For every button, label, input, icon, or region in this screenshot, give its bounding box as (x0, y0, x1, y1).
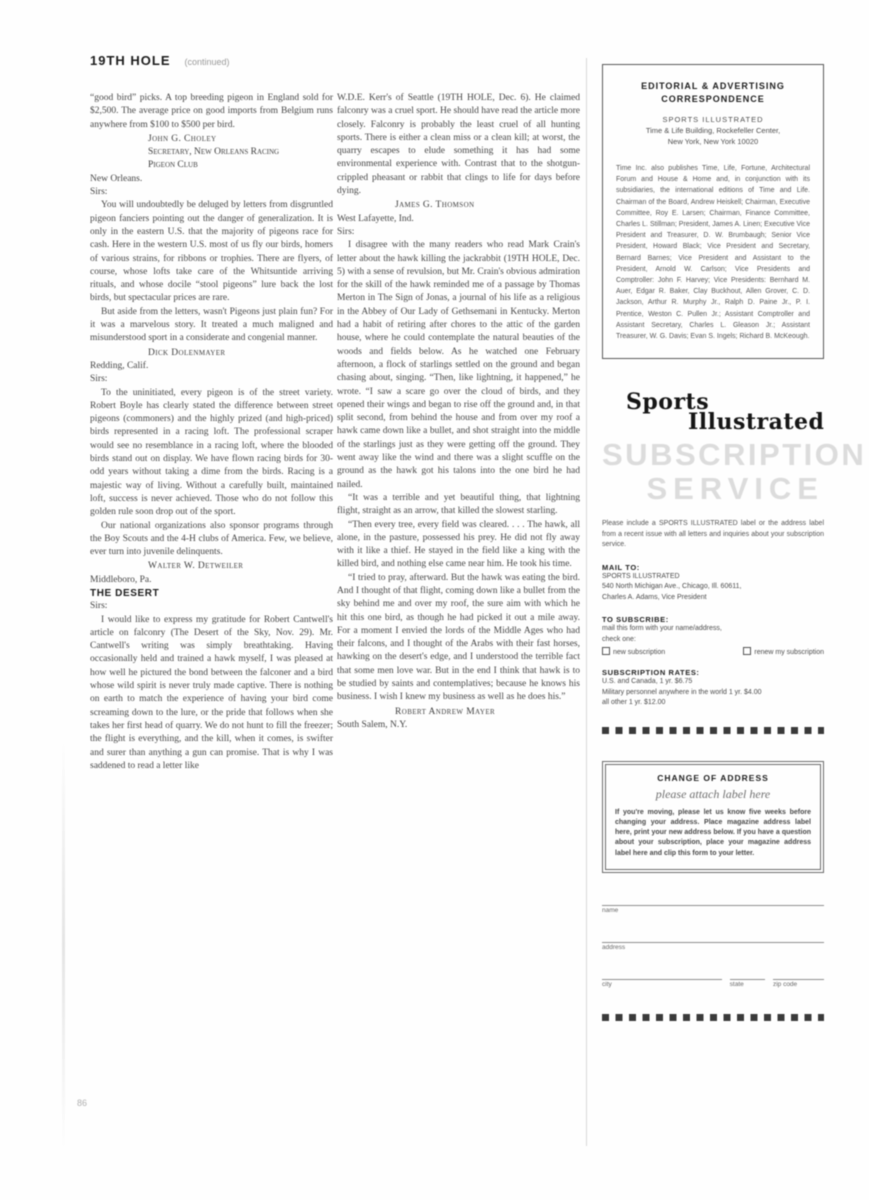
page-number: 86 (77, 1098, 87, 1108)
form-field-name: name (602, 891, 824, 914)
letter-quote-paragraph: “Then every tree, every field was cleare… (337, 519, 580, 572)
publisher-name: SPORTS ILLUSTRATED (616, 114, 810, 125)
logo-word-illustrated: Illustrated (688, 411, 824, 433)
signature-block: John G. Choley Secretary, New Orleans Ra… (90, 133, 333, 173)
publisher-address: Time & Life Building, Rockefeller Center… (616, 125, 810, 136)
signature-place: New Orleans. (90, 173, 333, 186)
box-title-line: EDITORIAL & ADVERTISING (616, 80, 810, 93)
name-field-label: name (602, 907, 824, 914)
signature-name: Dick Dolenmayer (148, 347, 333, 360)
attach-label-note: please attach label here (615, 787, 811, 802)
mail-to-line: 540 North Michigan Ave., Chicago, Ill. 6… (602, 582, 824, 593)
zip-field-label: zip code (773, 981, 824, 988)
change-of-address-instructions: If you're moving, please let us know fiv… (615, 808, 811, 859)
form-field-state: state (730, 965, 766, 988)
magazine-page: 19TH HOLE (continued) “good bird” picks.… (0, 0, 869, 1200)
subscription-choice-row: new subscription renew my subscription (602, 647, 824, 656)
rates-label: SUBSCRIPTION RATES: (602, 668, 824, 677)
address-input-line (602, 928, 824, 943)
letter-topic-heading: THE DESERT (90, 587, 333, 600)
mail-to-label: MAIL TO: (602, 563, 824, 572)
masthead-text: Time Inc. also publishes Time, Life, For… (616, 163, 810, 342)
renew-subscription-option: renew my subscription (743, 647, 824, 656)
editorial-correspondence-box: EDITORIAL & ADVERTISING CORRESPONDENCE S… (602, 64, 824, 359)
rate-line: Military personnel anywhere in the world… (602, 688, 824, 699)
sports-illustrated-logo: Sports Illustrated (602, 391, 824, 433)
subscription-intro-text: Please include a SPORTS ILLUSTRATED labe… (602, 519, 824, 551)
letter-paragraph: “good bird” picks. A top breeding pigeon… (90, 92, 333, 132)
perforation-row (602, 1014, 824, 1021)
rate-line: all other 1 yr. $12.00 (602, 698, 824, 709)
perforation-row (602, 727, 824, 734)
mail-to-line: Charles A. Adams, Vice President (602, 593, 824, 604)
subscription-display-text: SUBSCRIPTION (602, 437, 824, 473)
form-field-city-state-zip: city state zip code (602, 965, 824, 988)
to-subscribe-label: TO SUBSCRIBE: (602, 615, 824, 624)
form-field-address: address (602, 928, 824, 951)
form-field-city: city (602, 965, 722, 988)
publisher-address: New York, New York 10020 (616, 136, 810, 147)
letter-paragraph: I would like to express my gratitude for… (90, 614, 333, 774)
change-of-address-box: CHANGE OF ADDRESS please attach label he… (602, 761, 824, 873)
address-field-label: address (602, 944, 824, 951)
checkbox-icon (602, 647, 610, 655)
signature-name: Robert Andrew Mayer (395, 706, 580, 719)
subscribe-instruction: mail this form with your name/address, (602, 624, 824, 635)
signature-role: Secretary, New Orleans Racing (148, 146, 333, 159)
continued-tag: (continued) (185, 57, 230, 67)
column-divider-rule (586, 58, 587, 1146)
signature-place: Middleboro, Pa. (90, 574, 333, 587)
signature-block: James G. Thomson (337, 199, 580, 212)
state-field-label: state (730, 981, 766, 988)
change-of-address-inner: CHANGE OF ADDRESS please attach label he… (605, 764, 821, 870)
checkbox-label: new subscription (613, 649, 665, 656)
letter-quote-paragraph: “It was a terrible and yet beautiful thi… (337, 492, 580, 519)
signature-block: Dick Dolenmayer (90, 347, 333, 360)
service-sidebar: EDITORIAL & ADVERTISING CORRESPONDENCE S… (602, 64, 824, 1021)
signature-place: Redding, Calif. (90, 360, 333, 373)
signature-name: James G. Thomson (395, 199, 580, 212)
letter-quote-paragraph: “I tried to pray, afterward. But the haw… (337, 572, 580, 705)
service-display-text: SERVICE (602, 471, 824, 507)
signature-role: Pigeon Club (148, 159, 333, 172)
letter-paragraph: You will undoubtedly be deluged by lette… (90, 199, 333, 305)
signature-place: South Salem, N.Y. (337, 719, 580, 732)
letter-paragraph: I disagree with the many readers who rea… (337, 239, 580, 492)
signature-place: West Lafayette, Ind. (337, 213, 580, 226)
signature-name: Walter W. Detweiler (148, 560, 333, 573)
checkbox-label: renew my subscription (754, 649, 824, 656)
city-field-label: city (602, 981, 722, 988)
letter-salutation: Sirs: (337, 226, 580, 239)
new-subscription-option: new subscription (602, 647, 665, 656)
letter-salutation: Sirs: (90, 600, 333, 613)
form-field-zip: zip code (773, 965, 824, 988)
checkbox-icon (743, 647, 751, 655)
city-input-line (602, 965, 722, 980)
letter-paragraph: W.D.E. Kerr's of Seattle (19TH HOLE, Dec… (337, 92, 580, 198)
signature-block: Walter W. Detweiler (90, 560, 333, 573)
section-title: 19TH HOLE (90, 53, 171, 68)
rate-line: U.S. and Canada, 1 yr. $6.75 (602, 677, 824, 688)
letter-paragraph: To the uninitiated, every pigeon is of t… (90, 387, 333, 520)
state-input-line (730, 965, 766, 980)
signature-block: Robert Andrew Mayer (337, 706, 580, 719)
change-of-address-title: CHANGE OF ADDRESS (615, 773, 811, 783)
left-text-column: “good bird” picks. A top breeding pigeon… (90, 92, 333, 1092)
box-title-line: CORRESPONDENCE (616, 93, 810, 106)
letter-paragraph: But aside from the letters, wasn't Pigeo… (90, 306, 333, 346)
signature-name: John G. Choley (148, 133, 333, 146)
section-header: 19TH HOLE (continued) (90, 52, 230, 70)
middle-text-column: W.D.E. Kerr's of Seattle (19TH HOLE, Dec… (337, 92, 580, 1092)
letter-paragraph: Our national organizations also sponsor … (90, 520, 333, 560)
subscribe-instruction: check one: (602, 635, 824, 646)
scan-gutter-shadow (62, 740, 65, 1150)
mail-to-line: SPORTS ILLUSTRATED (602, 572, 824, 583)
zip-input-line (773, 965, 824, 980)
letter-salutation: Sirs: (90, 186, 333, 199)
letter-salutation: Sirs: (90, 373, 333, 386)
name-input-line (602, 891, 824, 906)
